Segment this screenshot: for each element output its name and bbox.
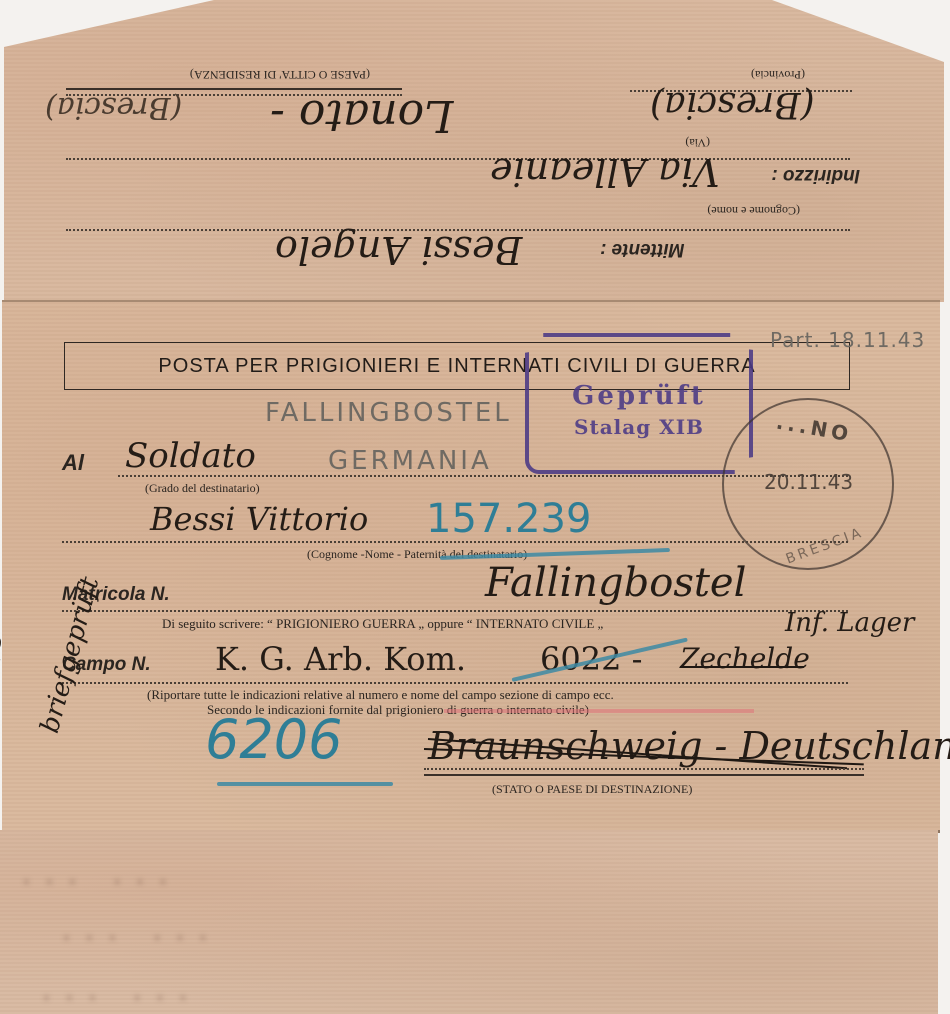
campo-hint-1: (Riportare tutte le indicazioni relative… — [147, 687, 614, 703]
grado-line — [118, 475, 848, 477]
postmark: ...NO 20.11.43 BRESCIA — [722, 398, 894, 570]
campo-handwritten: K. G. Arb. Kom. — [215, 640, 466, 678]
matricola-blue-number: 157.239 — [426, 496, 591, 542]
campo-place-struck: Zechelde — [680, 642, 810, 675]
mittente-block: Mittente : — [600, 226, 840, 266]
bleed-through-1: ... ... — [20, 854, 179, 894]
stato-hint: (STATO O PAESE DI DESTINAZIONE) — [492, 782, 692, 797]
bleed-through-3: ... ... — [40, 970, 199, 1010]
paese-handwritten: Lonato - — [270, 90, 453, 141]
via-handwritten: Via Alleanie — [490, 150, 720, 194]
grado-handwritten: Soldato — [125, 436, 256, 476]
bottom-panel: ... ... ... ... ... ... — [0, 830, 938, 1014]
al-label: Al — [62, 450, 84, 476]
postmark-city: ...NO — [774, 410, 854, 447]
provincia-hint: (Provincia) — [751, 68, 805, 82]
censor-stamp-line1: Geprüft — [529, 381, 749, 411]
pencil-note-fallingbostel: FALLINGBOSTEL — [265, 398, 512, 428]
nome-line — [62, 541, 848, 543]
paese-hint-wrap: (PAESE O CITTA' DI RESIDENZA) — [100, 68, 370, 86]
paese-hint: (PAESE O CITTA' DI RESIDENZA) — [190, 68, 370, 82]
via-hint: (Via) — [685, 136, 710, 150]
grado-hint: (Grado del destinatario) — [145, 481, 260, 496]
blue-number-6206: 6206 — [205, 708, 342, 771]
matricola-handwritten: Fallingbostel — [485, 560, 746, 606]
stato-solid-line — [424, 774, 864, 776]
mittente-hint-wrap: (Cognome e nome) — [640, 200, 800, 220]
stato-handwritten-struck: Braunschweig - Deutschland. — [428, 724, 950, 768]
indirizzo-line — [66, 158, 850, 160]
mittente-handwritten: Bessi Angelo — [275, 228, 522, 272]
annotation-top-right: Part. 18.11.43 — [770, 328, 925, 352]
mittente-hint: (Cognome e nome) — [707, 203, 800, 218]
matricola-line — [62, 610, 848, 612]
nome-handwritten: Bessi Vittorio — [150, 500, 368, 538]
postmark-date: 20.11.43 — [764, 470, 853, 494]
indirizzo-label: Indirizzo : — [771, 164, 860, 186]
bleed-through-2: ... ... — [60, 910, 219, 950]
provincia-handwritten: (Brescia) — [650, 84, 815, 125]
censor-stamp-line2: Stalag XIB — [529, 415, 749, 439]
mittente-label: Mittente : — [600, 238, 684, 260]
indirizzo-wrap: Indirizzo : — [760, 160, 860, 190]
pencil-note-germania: GERMANIA — [328, 446, 492, 476]
strike-campo-place — [680, 666, 804, 668]
campo-line — [62, 682, 848, 684]
side-note-right: Inf. Lager — [785, 608, 914, 638]
instruction-text: Di seguito scrivere: “ PRIGIONIERO GUERR… — [162, 616, 603, 632]
red-underline — [444, 709, 754, 713]
stato-dotted-line — [424, 768, 864, 770]
blue-underline-6206 — [217, 782, 393, 786]
paese-extra-handwritten: (Brescia) — [45, 90, 182, 125]
censor-stamp: Geprüft Stalag XIB — [525, 333, 753, 474]
